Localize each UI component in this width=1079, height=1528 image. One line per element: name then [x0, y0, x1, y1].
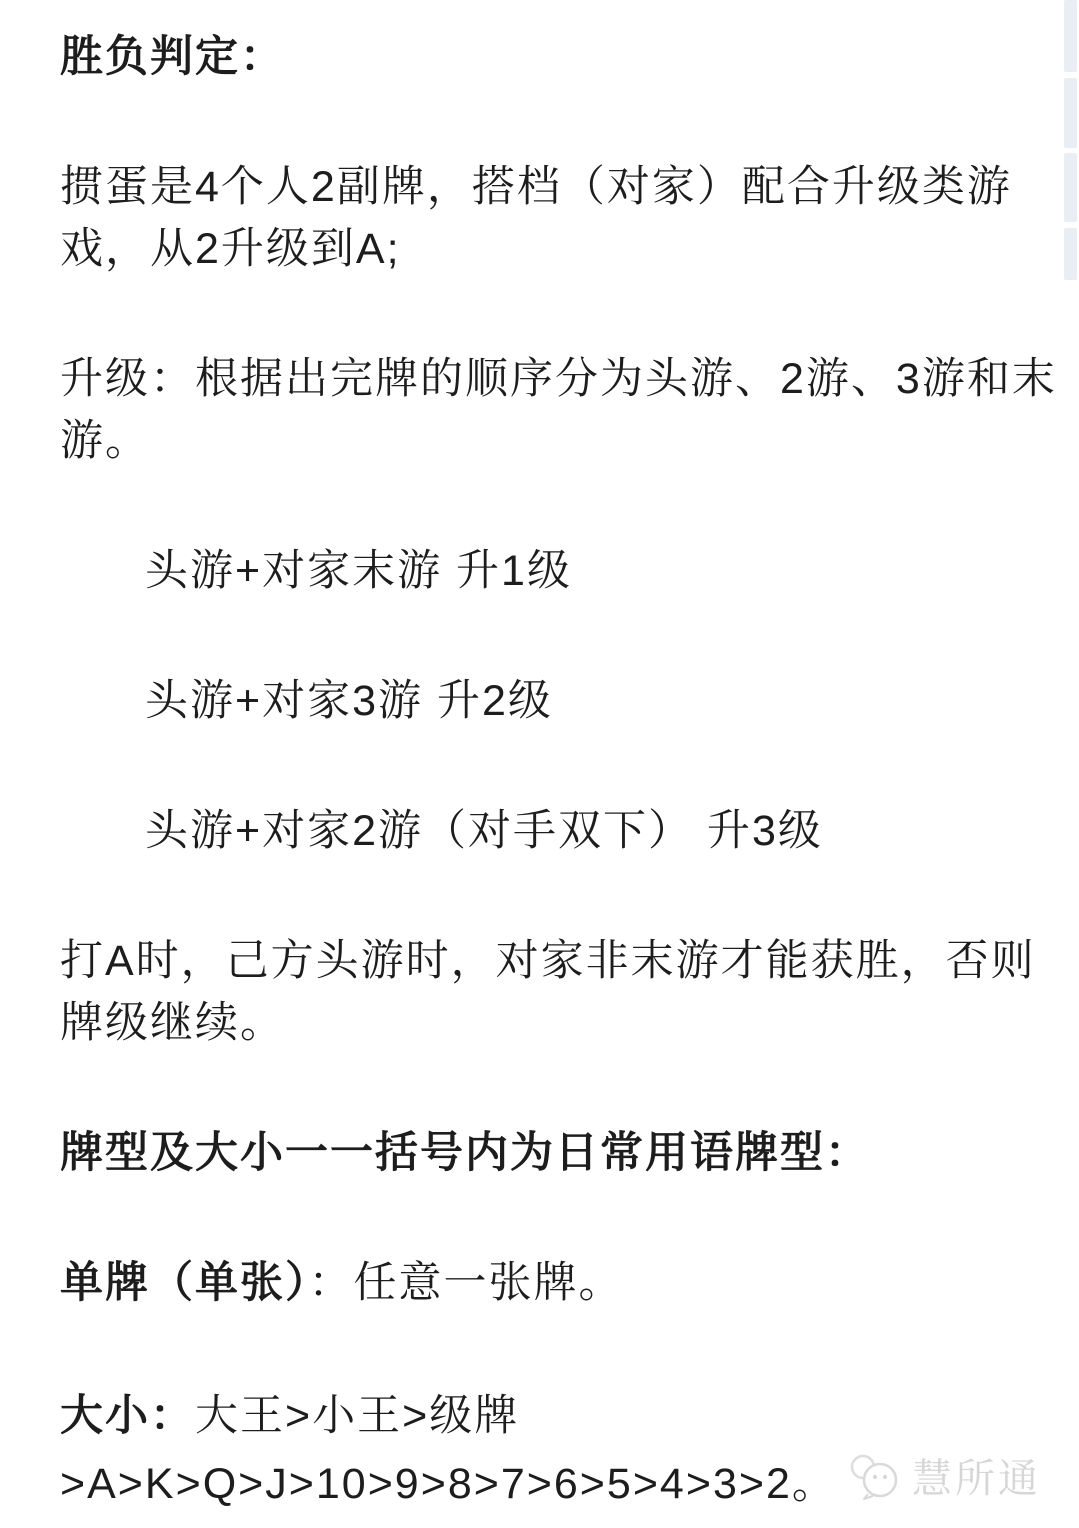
scrollbar[interactable] — [1064, 0, 1077, 282]
single-card-definition: ：任意一张牌。 — [309, 1259, 624, 1307]
upgrade-rule-3: 头游+对家2游（对手双下） 升3级 — [145, 800, 1009, 862]
paragraph-upgrade-order: 升级：根据出完牌的顺序分为头游、2游、3游和末 游。 — [60, 348, 1009, 472]
intro-line-1: 掼蛋是4个人2副牌，搭档（对家）配合升级类游 — [60, 156, 1009, 218]
scrollbar-segment[interactable] — [1064, 228, 1077, 280]
paragraph-play-a-rule: 打A时，己方头游时，对家非末游才能获胜，否则 牌级继续。 — [60, 930, 1009, 1054]
ranking-top-cards: 大王>小王>级牌 — [195, 1392, 519, 1440]
play-a-line-1: 打A时，己方头游时，对家非末游才能获胜，否则 — [60, 930, 1009, 992]
single-card-term: 单牌（单张） — [60, 1259, 309, 1307]
ranking-term: 大小： — [60, 1392, 195, 1440]
watermark: 慧所通 — [846, 1447, 1041, 1504]
scrollbar-segment[interactable] — [1064, 153, 1077, 222]
chat-bubbles-face-icon — [846, 1450, 904, 1502]
heading-card-types: 牌型及大小一一括号内为日常用语牌型： — [60, 1122, 1009, 1184]
heading-win-loss-judgment: 胜负判定： — [60, 26, 1009, 88]
watermark-text: 慧所通 — [912, 1447, 1041, 1504]
upgrade-line-1: 升级：根据出完牌的顺序分为头游、2游、3游和末 — [60, 348, 1009, 410]
upgrade-rule-2: 头游+对家3游 升2级 — [145, 670, 1009, 732]
upgrade-rule-1: 头游+对家末游 升1级 — [145, 540, 1009, 602]
article-body: 胜负判定： 掼蛋是4个人2副牌，搭档（对家）配合升级类游 戏，从2升级到A; 升… — [60, 26, 1009, 1518]
ranking-line-1: 大小：大王>小王>级牌 — [60, 1382, 1009, 1450]
intro-line-2: 戏，从2升级到A; — [60, 218, 1009, 280]
upgrade-line-2: 游。 — [60, 410, 1009, 472]
paragraph-single-card: 单牌（单张）：任意一张牌。 — [60, 1252, 1009, 1314]
play-a-line-2: 牌级继续。 — [60, 992, 1009, 1054]
paragraph-game-intro: 掼蛋是4个人2副牌，搭档（对家）配合升级类游 戏，从2升级到A; — [60, 156, 1009, 280]
scrollbar-segment[interactable] — [1064, 78, 1077, 148]
scrollbar-segment[interactable] — [1064, 0, 1077, 72]
